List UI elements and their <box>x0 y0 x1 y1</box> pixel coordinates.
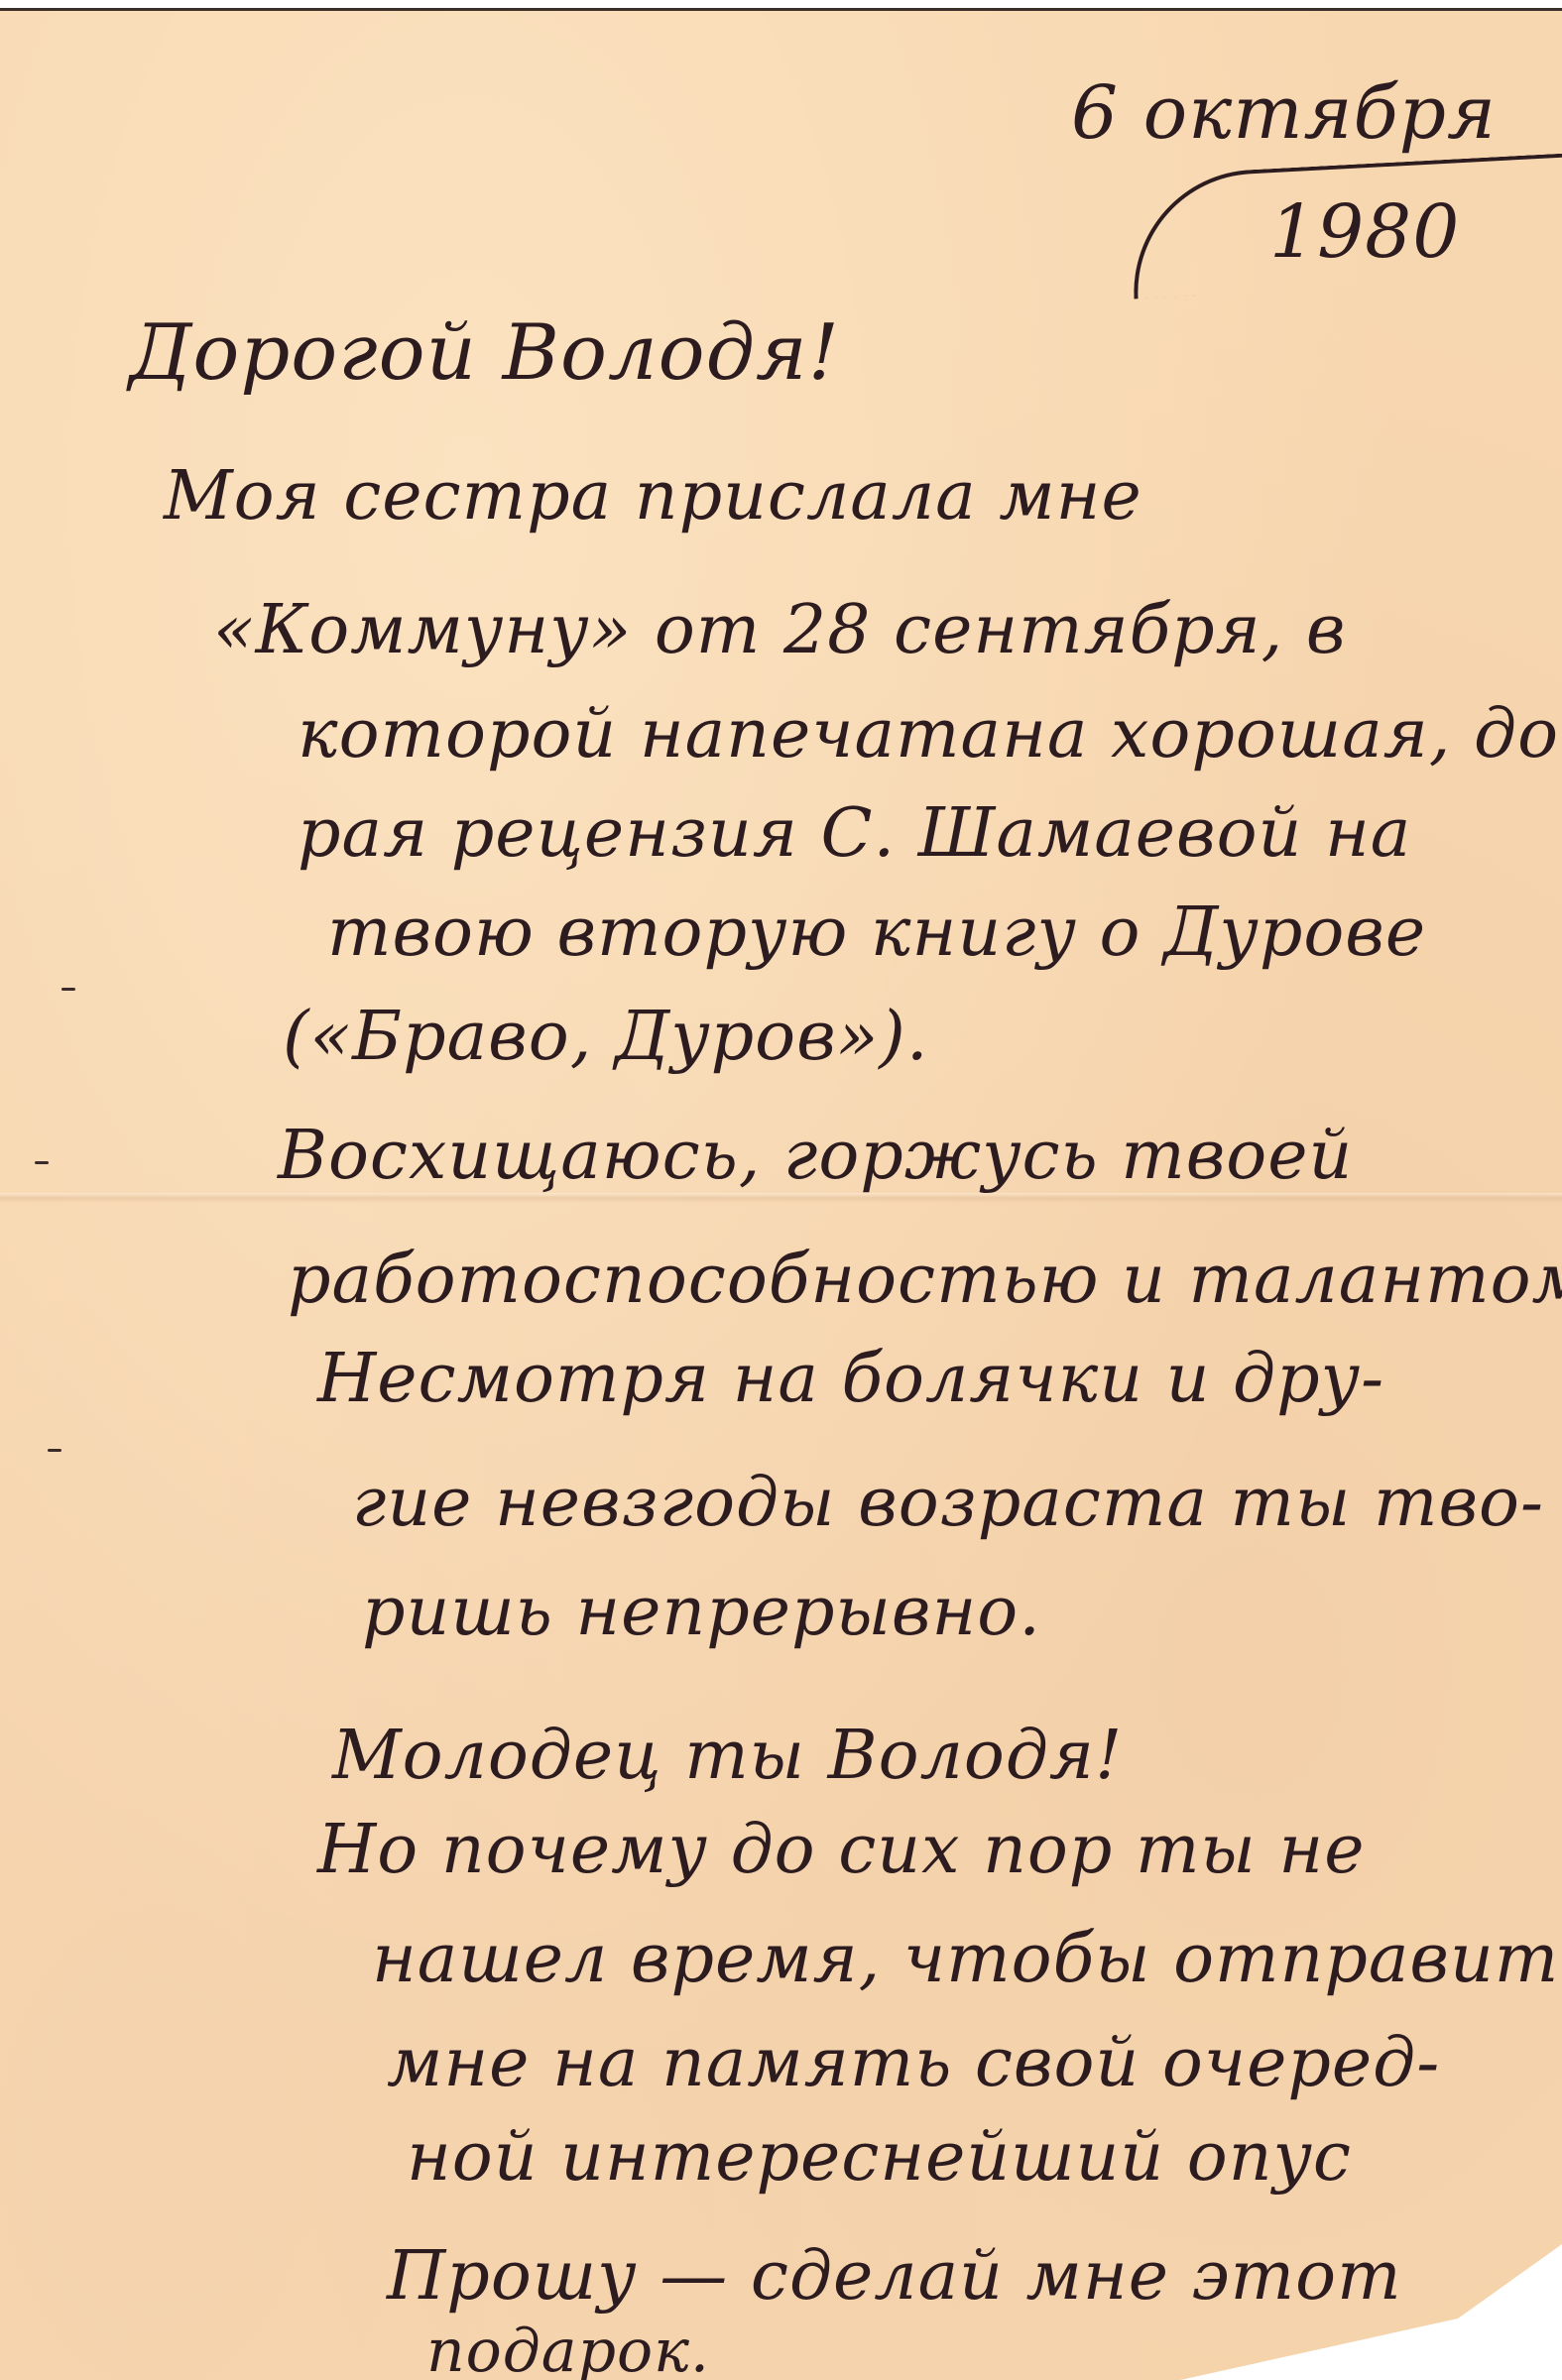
margin-mark <box>61 988 75 991</box>
letter-line: подарок. <box>426 2317 710 2380</box>
letter-date-year: 1980 <box>1269 189 1460 275</box>
letter-line: рая рецензия С. Шамаевой на <box>298 794 1411 873</box>
letter-line: мне на память свой очеред- <box>387 2024 1440 2102</box>
letter-date-day-month: 6 октября <box>1071 70 1497 156</box>
letter-line: «Коммуну» от 28 сентября, в <box>213 591 1347 669</box>
letter-line: нашел время, чтобы отправить <box>372 1920 1562 1998</box>
letter-line: которой напечатана хорошая, доб- <box>298 695 1562 773</box>
margin-mark <box>35 1161 49 1164</box>
letter-paper: 6 октября 1980 Дорогой Володя! Моя сестр… <box>0 8 1562 2380</box>
letter-line: ришь непрерывно. <box>362 1573 1041 1651</box>
letter-line: Несмотря на болячки и дру- <box>317 1340 1384 1418</box>
letter-line: твою вторую книгу о Дурове <box>327 893 1426 972</box>
letter-line: Прошу — сделай мне этот <box>387 2237 1402 2316</box>
letter-line: («Браво, Дуров»). <box>283 998 928 1076</box>
letter-line: Восхищаюсь, горжусь твоей <box>278 1117 1353 1195</box>
letter-line: ной интереснейший опус <box>407 2118 1352 2197</box>
letter-line: Моя сестра прислала мне <box>164 457 1142 535</box>
letter-line: Молодец ты Володя! <box>332 1717 1123 1795</box>
letter-line: работоспособностью и талантом. <box>288 1241 1562 1319</box>
letter-line: Но почему до сих пор ты не <box>317 1811 1365 1889</box>
letter-greeting: Дорогой Володя! <box>129 308 840 398</box>
margin-mark <box>48 1449 61 1452</box>
letter-line: гие невзгоды возраста ты тво- <box>352 1464 1544 1542</box>
